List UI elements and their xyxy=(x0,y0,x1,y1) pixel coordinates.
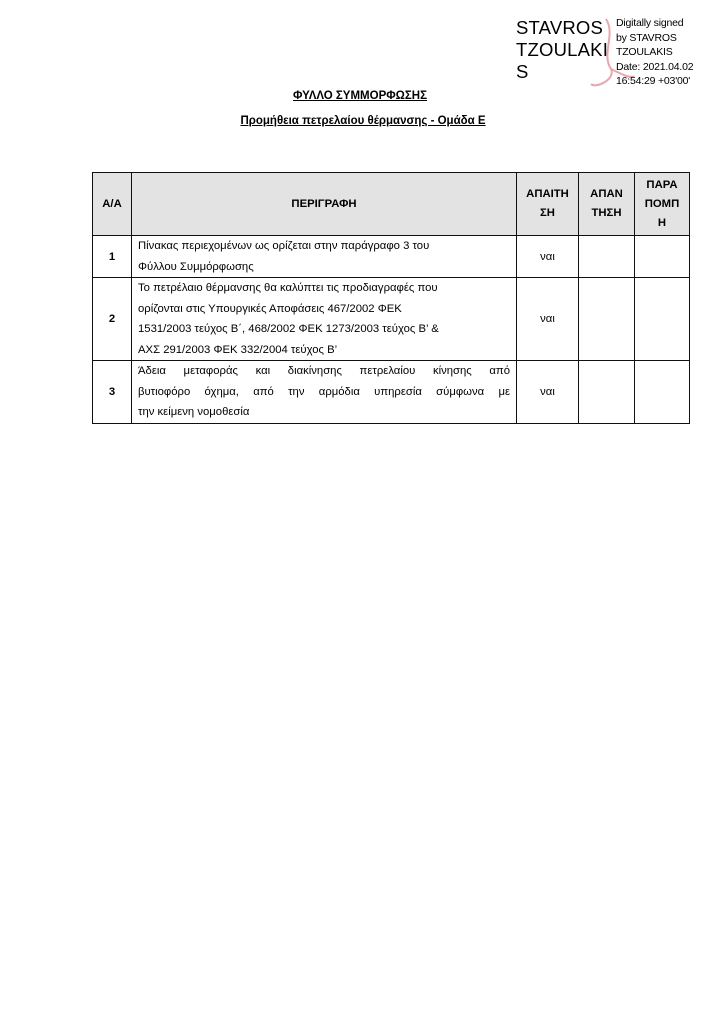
header-answer: ΑΠΑΝ ΤΗΣΗ xyxy=(579,173,635,236)
table-header-row: Α/Α ΠΕΡΙΓΡΑΦΗ ΑΠΑΙΤΗ ΣΗ ΑΠΑΝ ΤΗΣΗ ΠΑΡΑ Π… xyxy=(93,173,690,236)
table-row: 2 Το πετρέλαιο θέρμανσης θα καλύπτει τις… xyxy=(93,278,690,361)
description-line: ΑΧΣ 291/2003 ΦΕΚ 332/2004 τεύχος Β’ xyxy=(138,340,510,361)
signature-detail-line: TZOULAKIS xyxy=(616,45,693,60)
signature-time: 16:54:29 +03'00' xyxy=(616,74,693,89)
signature-detail-line: Digitally signed xyxy=(616,16,693,31)
header-reference-line: Η xyxy=(641,214,683,233)
row-number: 1 xyxy=(93,236,132,278)
header-requirement-line: ΣΗ xyxy=(523,204,572,223)
header-answer-line: ΤΗΣΗ xyxy=(585,204,628,223)
row-answer xyxy=(579,361,635,424)
signature-date: Date: 2021.04.02 xyxy=(616,60,693,75)
row-reference xyxy=(635,236,690,278)
row-description: Άδεια μεταφοράς και διακίνησης πετρελαίο… xyxy=(132,361,517,424)
row-number: 2 xyxy=(93,278,132,361)
row-number: 3 xyxy=(93,361,132,424)
header-requirement: ΑΠΑΙΤΗ ΣΗ xyxy=(517,173,579,236)
signature-detail-line: by STAVROS xyxy=(616,31,693,46)
header-description: ΠΕΡΙΓΡΑΦΗ xyxy=(132,173,517,236)
description-line: την κείμενη νομοθεσία xyxy=(138,402,510,423)
table-row: 3 Άδεια μεταφοράς και διακίνησης πετρελα… xyxy=(93,361,690,424)
description-line: 1531/2003 τεύχος Β΄, 468/2002 ΦΕΚ 1273/2… xyxy=(138,319,510,340)
signer-name-line: S xyxy=(516,61,608,83)
header-requirement-line: ΑΠΑΙΤΗ xyxy=(523,185,572,204)
table-row: 1 Πίνακας περιεχομένων ως ορίζεται στην … xyxy=(93,236,690,278)
signer-name-line: STAVROS xyxy=(516,17,608,39)
header-answer-line: ΑΠΑΝ xyxy=(585,185,628,204)
header-reference-line: ΠΑΡΑ xyxy=(641,176,683,195)
signature-details: Digitally signed by STAVROS TZOULAKIS Da… xyxy=(616,16,693,89)
row-reference xyxy=(635,361,690,424)
document-subtitle: Προμήθεια πετρελαίου θέρμανσης - Ομάδα Ε xyxy=(1,115,724,127)
description-line: ορίζονται στις Υπουργικές Αποφάσεις 467/… xyxy=(138,299,510,320)
description-line: Πίνακας περιεχομένων ως ορίζεται στην πα… xyxy=(138,236,510,257)
document-title: ΦΥΛΛΟ ΣΥΜΜΟΡΦΩΣΗΣ xyxy=(0,90,722,102)
row-description: Πίνακας περιεχομένων ως ορίζεται στην πα… xyxy=(132,236,517,278)
row-answer xyxy=(579,236,635,278)
description-line: Άδεια μεταφοράς και διακίνησης πετρελαίο… xyxy=(138,361,510,382)
header-reference-line: ΠΟΜΠ xyxy=(641,195,683,214)
row-description: Το πετρέλαιο θέρμανσης θα καλύπτει τις π… xyxy=(132,278,517,361)
row-reference xyxy=(635,278,690,361)
compliance-table: Α/Α ΠΕΡΙΓΡΑΦΗ ΑΠΑΙΤΗ ΣΗ ΑΠΑΝ ΤΗΣΗ ΠΑΡΑ Π… xyxy=(92,172,690,424)
signer-name-line: TZOULAKI xyxy=(516,39,608,61)
description-line: Το πετρέλαιο θέρμανσης θα καλύπτει τις π… xyxy=(138,278,510,299)
header-aa: Α/Α xyxy=(93,173,132,236)
description-line: βυτιοφόρο όχημα, από την αρμόδια υπηρεσί… xyxy=(138,382,510,403)
digital-signature: STAVROS TZOULAKI S Digitally signed by S… xyxy=(516,14,716,94)
row-requirement: ναι xyxy=(517,361,579,424)
header-reference: ΠΑΡΑ ΠΟΜΠ Η xyxy=(635,173,690,236)
description-line: Φύλλου Συμμόρφωσης xyxy=(138,257,510,278)
row-requirement: ναι xyxy=(517,236,579,278)
row-answer xyxy=(579,278,635,361)
signer-name: STAVROS TZOULAKI S xyxy=(516,17,608,83)
row-requirement: ναι xyxy=(517,278,579,361)
